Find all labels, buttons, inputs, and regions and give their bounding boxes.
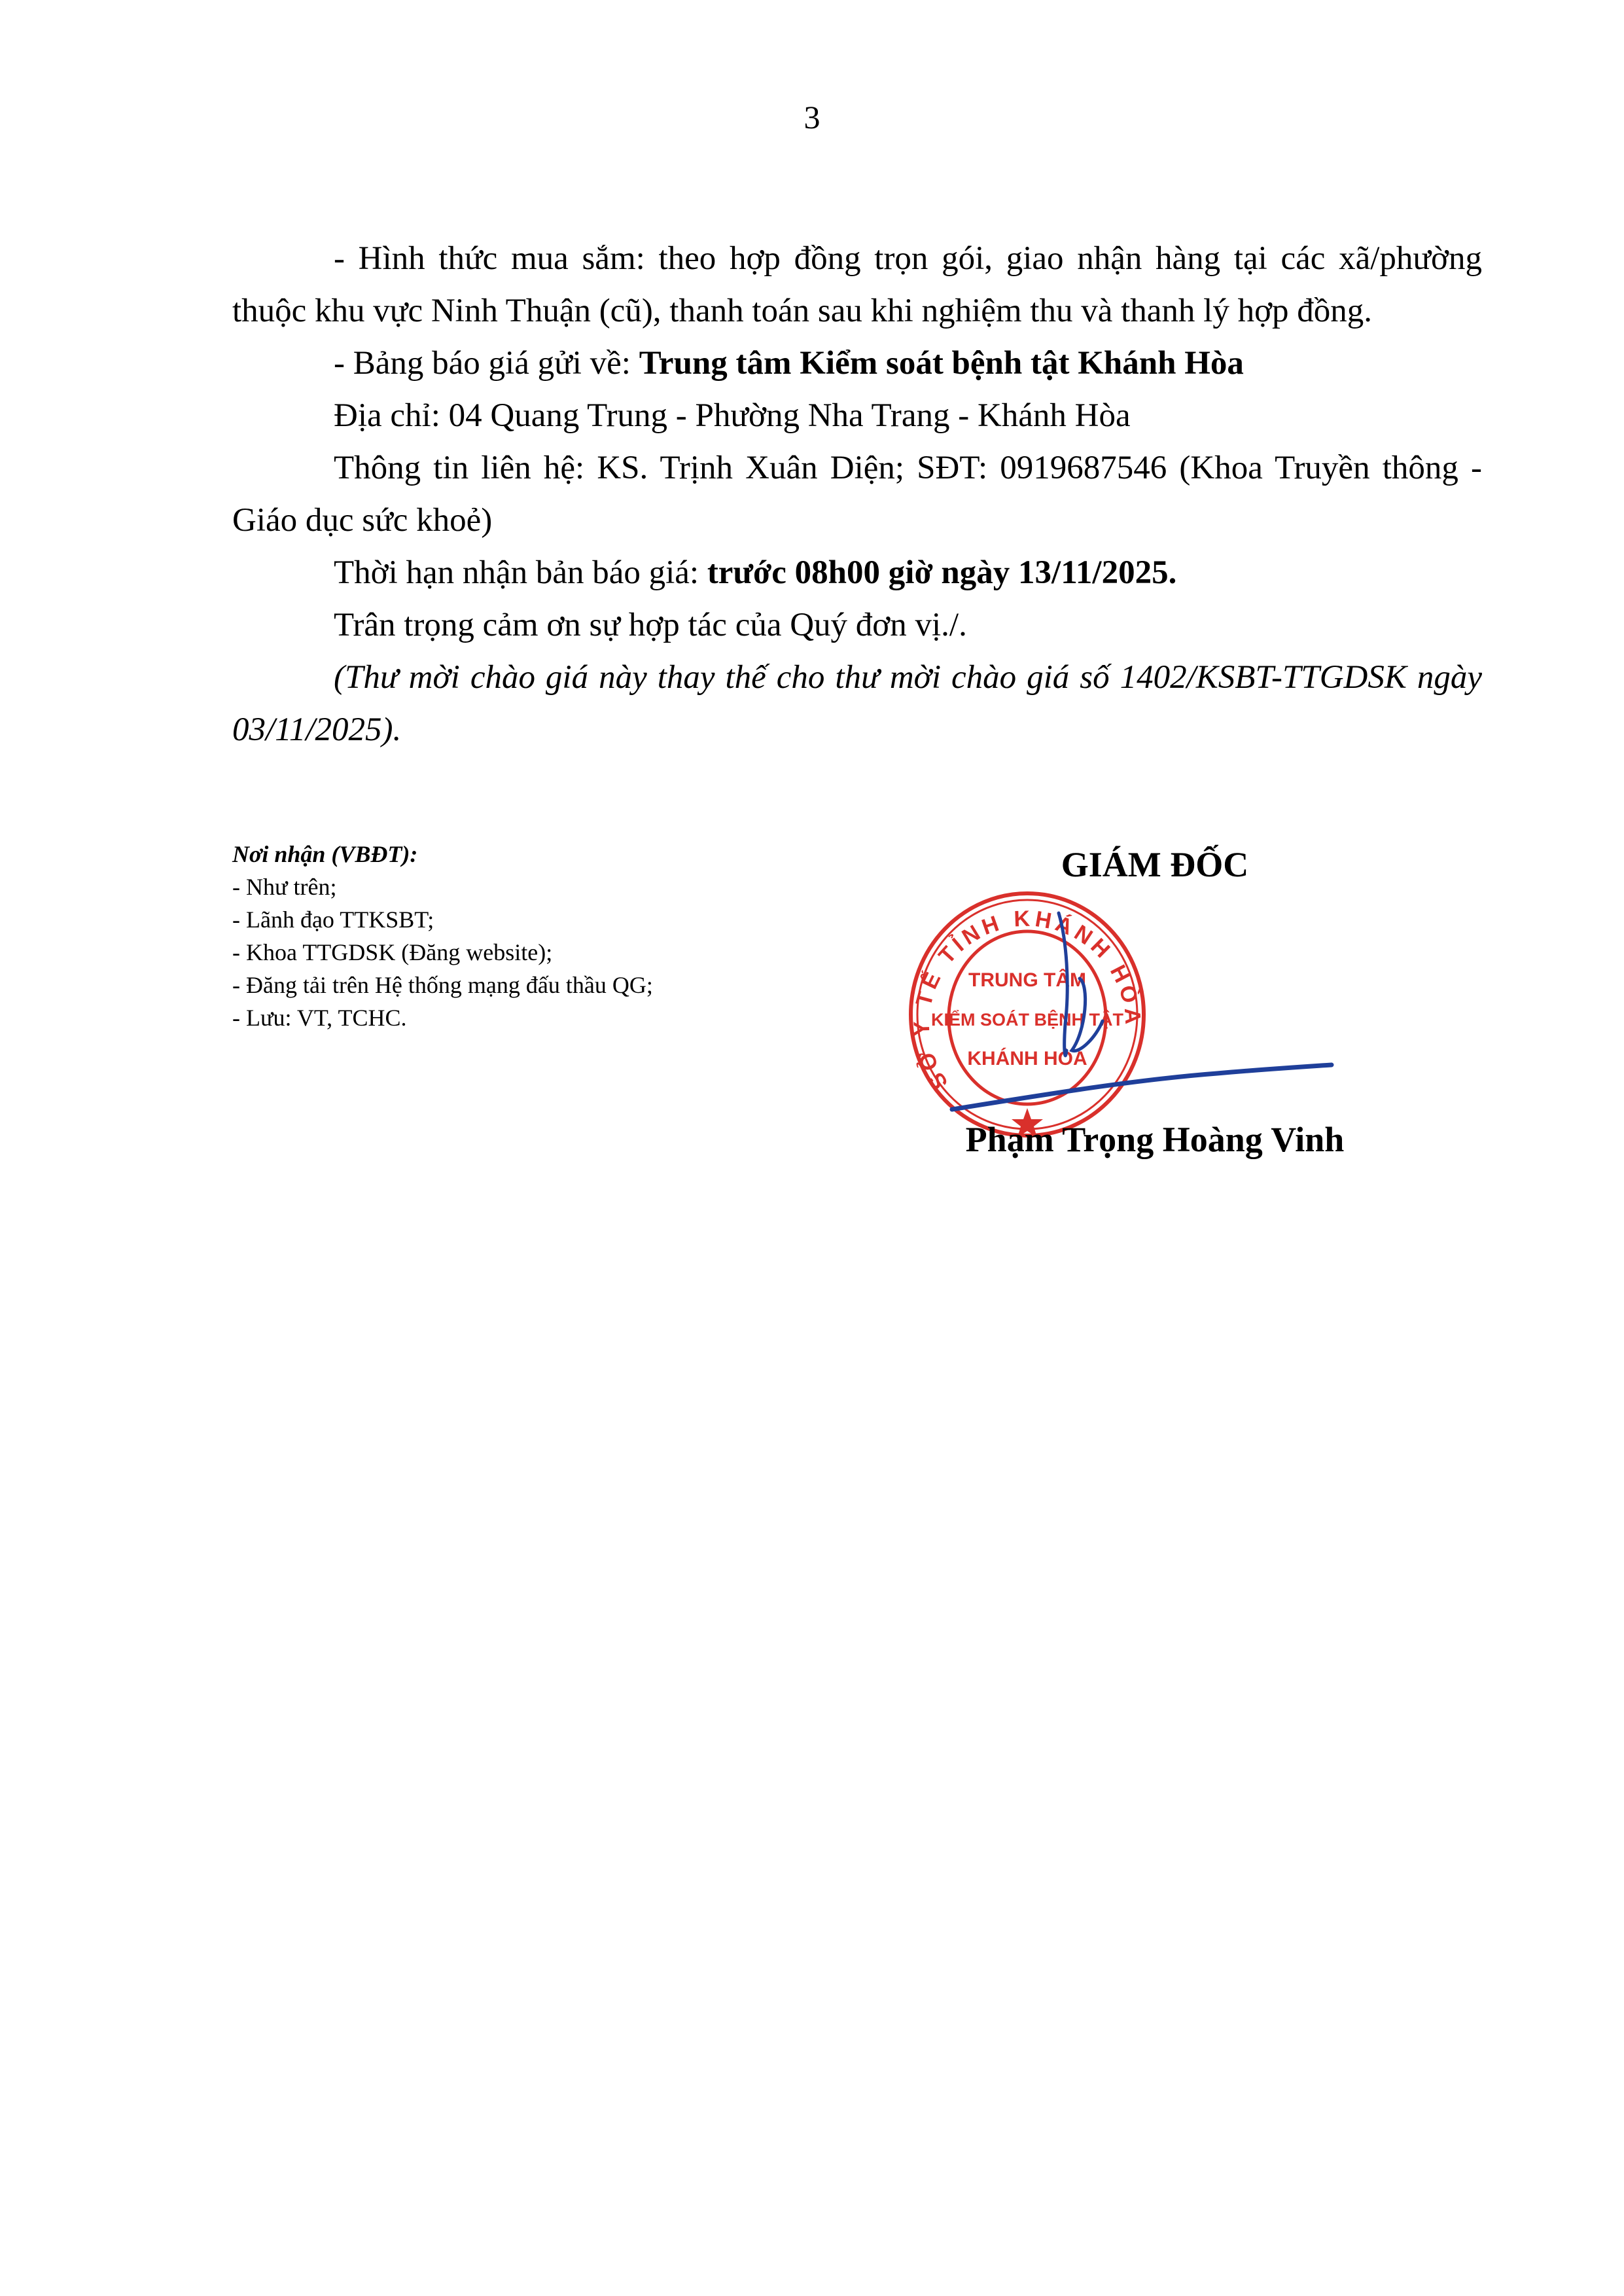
- recipient-item: - Lãnh đạo TTKSBT;: [232, 903, 653, 936]
- quote-recipient-label: - Bảng báo giá gửi về:: [334, 345, 639, 382]
- signature-block: GIÁM ĐỐC SỞ Y TẾ TỈNH KHÁNH HÒA TRUNG TÂ…: [903, 831, 1407, 1198]
- page-number: 3: [0, 98, 1624, 136]
- signer-title: GIÁM ĐỐC: [903, 844, 1407, 885]
- recipient-item: - Khoa TTGDSK (Đăng website);: [232, 936, 653, 969]
- address-paragraph: Địa chỉ: 04 Quang Trung - Phường Nha Tra…: [232, 389, 1482, 442]
- recipient-item: - Lưu: VT, TCHC.: [232, 1001, 653, 1034]
- contact-paragraph: Thông tin liên hệ: KS. Trịnh Xuân Diện; …: [232, 442, 1482, 547]
- quote-recipient-paragraph: - Bảng báo giá gửi về: Trung tâm Kiểm so…: [232, 337, 1482, 389]
- recipient-item: - Đăng tải trên Hệ thống mạng đấu thầu Q…: [232, 969, 653, 1001]
- letter-body: - Hình thức mua sắm: theo hợp đồng trọn …: [232, 232, 1482, 756]
- recipients-block: Nơi nhận (VBĐT): - Như trên; - Lãnh đạo …: [232, 838, 653, 1034]
- signer-name: Phạm Trọng Hoàng Vinh: [903, 1119, 1407, 1160]
- thanks-paragraph: Trân trọng cảm ơn sự hợp tác của Quý đơn…: [232, 599, 1482, 651]
- deadline-value: trước 08h00 giờ ngày 13/11/2025.: [707, 554, 1177, 591]
- replacement-note: (Thư mời chào giá này thay thế cho thư m…: [232, 651, 1482, 756]
- quote-recipient-org: Trung tâm Kiểm soát bệnh tật Khánh Hòa: [639, 345, 1244, 382]
- recipient-item: - Như trên;: [232, 870, 653, 903]
- handwritten-signature-icon: [903, 887, 1407, 1142]
- deadline-paragraph: Thời hạn nhận bản báo giá: trước 08h00 g…: [232, 547, 1482, 599]
- deadline-label: Thời hạn nhận bản báo giá:: [334, 554, 707, 591]
- recipients-heading: Nơi nhận (VBĐT):: [232, 838, 653, 870]
- purchase-form-paragraph: - Hình thức mua sắm: theo hợp đồng trọn …: [232, 232, 1482, 337]
